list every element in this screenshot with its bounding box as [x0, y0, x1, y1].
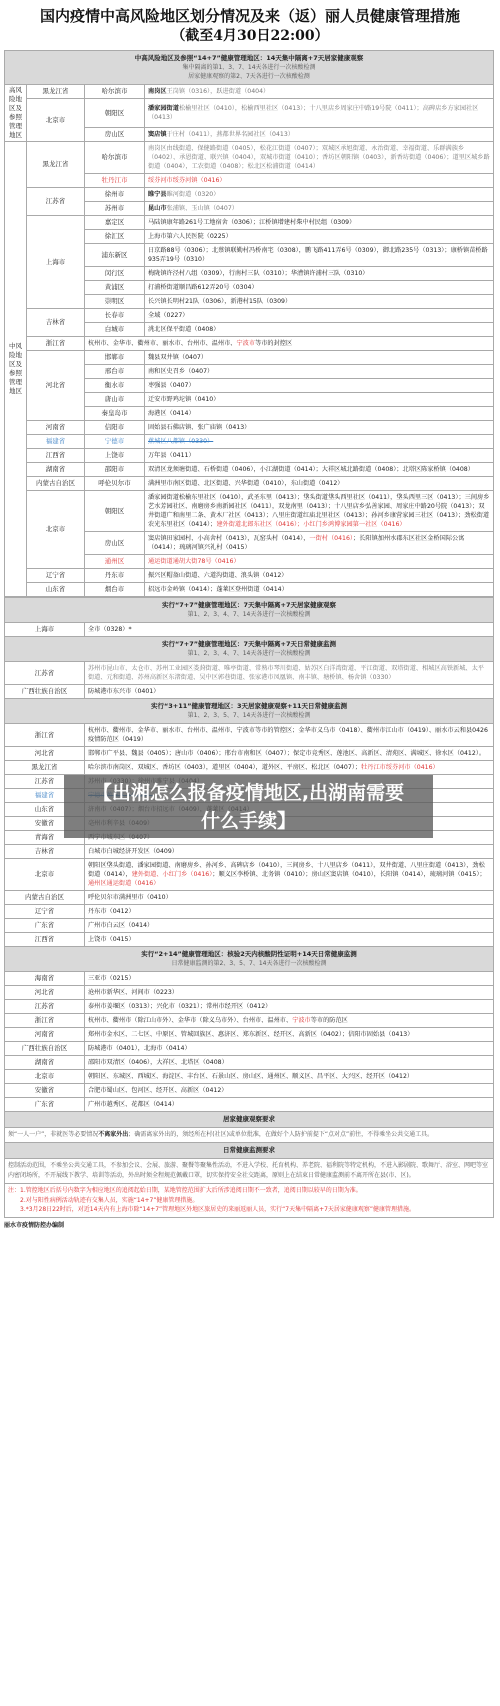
table-row: 北京市朝阳区垡头街道、潘家园街道、南磨房乡、孙河乡、高碑店乡（0410），三间房… [5, 859, 494, 891]
section-3-11: 实行“3+11”健康管理地区：3天居家健康观察+11天日常健康监测第1、2、3、… [5, 699, 494, 724]
table-row: 辽宁省丹东市（0412） [5, 905, 494, 919]
table-row: 浙江省杭州市、金华市、衢州市、丽水市、台州市、温州市、宁波市等市的封控区 [5, 337, 494, 351]
table-row: 北京市朝阳区、东城区、西城区、海淀区、丰台区、石景山区、房山区、通州区、顺义区、… [5, 1070, 494, 1084]
table-row: 上海市嘉定区马陆镇康年路261号工地宿舍（0306）；江桥镇增建村柴中村民组（0… [5, 216, 494, 230]
section-14-7: 中高风险地区及参照“14+7”健康管理地区：14天集中隔离+7天居家健康观察集中… [5, 51, 494, 85]
table-row: 山东省烟台市招远市金岭镇（0414）；蓬莱区登州街道（0414） [5, 583, 494, 597]
table-row: 江苏省苏州市昆山市、太仓市、苏州工业园区娄葑街道、唯亭街道、常熟市琴川街道、姑苏… [5, 662, 494, 685]
table-row: 高风险地区及参照管理地区 黑龙江省哈尔滨市南岗区王岗镇（0316），跃进街道（0… [5, 85, 494, 99]
table-row: 吉林省白城市白城经济开发区（0409） [5, 845, 494, 859]
table-row: 河北省沧州市新华区、河间市（0223） [5, 986, 494, 1000]
section-7-7b: 实行“7+7”健康管理地区：7天集中隔离+7天日常健康监测第1、2、3、4、7、… [5, 637, 494, 662]
risk-table-2: 实行“7+7”健康管理地区：7天集中隔离+7天居家健康观察第1、2、3、4、7、… [4, 597, 494, 1218]
table-row: 浙江省杭州市、衢州市（除江山市外）、金华市（除义乌市外）、台州市、温州市、宁波市… [5, 1014, 494, 1028]
doc-date: （截至4月30日22:00） [0, 26, 500, 46]
section-7-7a: 实行“7+7”健康管理地区：7天集中隔离+7天居家健康观察第1、2、3、4、7、… [5, 598, 494, 623]
footer-credit: 丽水市疫情防控办编制 [4, 1220, 500, 1229]
table-row: 河北省邯郸市广平县、魏县（0405）；唐山市（0406）；邢台市南和区（0407… [5, 747, 494, 761]
table-row: 黑龙江省哈尔滨市南岗区、双城区、香坊区（0403），道里区（0404），道外区、… [5, 761, 494, 775]
table-row: 河南省信阳市固始县石佛店镇、张广庙镇（0413） [5, 421, 494, 435]
table-row: 湖南省邵阳市双清区（0406），大祥区、北塔区（0408） [5, 1056, 494, 1070]
table-row: 江苏省泰州市姜堰区（0313）；兴化市（0321）；常州市经开区（0412） [5, 1000, 494, 1014]
table-row: 海南省三亚市（0215） [5, 972, 494, 986]
level-mid: 中风险地区及参照管理地区 [5, 142, 27, 597]
table-row: 河南省郑州市金水区、二七区、中原区、管城回族区、惠济区、郑东新区、经开区、高新区… [5, 1028, 494, 1042]
home-observation-heading: 居家健康观察要求 [5, 1112, 494, 1128]
title-overlay-banner: 【出湘怎么报备疫情地区,出湖南需要什么手续】 [64, 775, 433, 838]
home-observation-text: 须“一人一户”，非就医等必要情况不离家外出；确需离家外出的，须经所在村(社区)或… [5, 1128, 494, 1143]
table-row: 安徽省合肥市蜀山区、包河区、经开区、高新区（0412） [5, 1084, 494, 1098]
table-row: 江苏省徐州市睢宁县睢河街道（0320） [5, 188, 494, 202]
daily-monitoring-text: 控制活动范围，不乘坐公共交通工具，不参加会议、会展、旅游、聚餐等聚集性活动，不进… [5, 1159, 494, 1184]
level-high: 高风险地区及参照管理地区 [5, 85, 27, 142]
table-row: 江西省上饶市（0415） [5, 933, 494, 947]
table-row: 中风险地区及参照管理地区 黑龙江省哈尔滨市南岗区由线街道、保健路街道（0405）… [5, 142, 494, 174]
section-2-14: 实行“2+14”健康管理地区：核验2天内核酸阴性证明+14天日常健康监测日常健康… [5, 947, 494, 972]
notes: 注：1.管控地区后括号内数字为相应地区的追阅起始日期，某地管控范围扩大后所涉追阅… [5, 1184, 494, 1218]
table-row: 吉林省长春市全域（0227） [5, 309, 494, 323]
table-row: 浙江省杭州市、衢州市、金华市、丽水市、台州市、温州市、宁波市等市的管控区；金华市… [5, 724, 494, 747]
table-row: 内蒙古自治区呼伦贝尔市满洲里市（0410） [5, 891, 494, 905]
risk-table: 中高风险地区及参照“14+7”健康管理地区：14天集中隔离+7天居家健康观察集中… [4, 50, 494, 597]
table-row: 河北省邯郸市魏县双井镇（0407） [5, 351, 494, 365]
table-row: 北京市朝阳区潘家园街道松榆东里社区（0410），武圣东里（0413）；垡头街道垡… [5, 491, 494, 532]
table-row: 广东省广州市越秀区、花都区（0414） [5, 1098, 494, 1112]
table-row: 广西壮族自治区防城港市（0401），北海市（0414） [5, 1042, 494, 1056]
table-row: 内蒙古自治区呼伦贝尔市满洲里市南区街道、北区街道、兴华街道（0410），东山街道… [5, 477, 494, 491]
table-row: 江西省上饶市万年县（0411） [5, 449, 494, 463]
table-row: 辽宁省丹东市振兴区帽盔山街道、六道沟街道、浪头镇（0412） [5, 569, 494, 583]
doc-title: 国内疫情中高风险地区划分情况及来（返）丽人员健康管理措施 [0, 0, 500, 26]
table-row: 广西壮族自治区防城港市东兴市（0401） [5, 685, 494, 699]
table-row: 广东省广州市白云区（0414） [5, 919, 494, 933]
table-row: 上海市全市（0328）* [5, 623, 494, 637]
table-row: 北京市朝阳区潘家园街道松榆里社区（0410），松榆西里社区（0413）；十八里店… [5, 99, 494, 128]
table-row: 湖南省邵阳市双清区龙须塘街道、石桥街道（0406），小江湖街道（0414）；大祥… [5, 463, 494, 477]
daily-monitoring-heading: 日常健康监测要求 [5, 1143, 494, 1159]
table-row: 福建省宁德市蕉城区八都镇（0330） [5, 435, 494, 449]
